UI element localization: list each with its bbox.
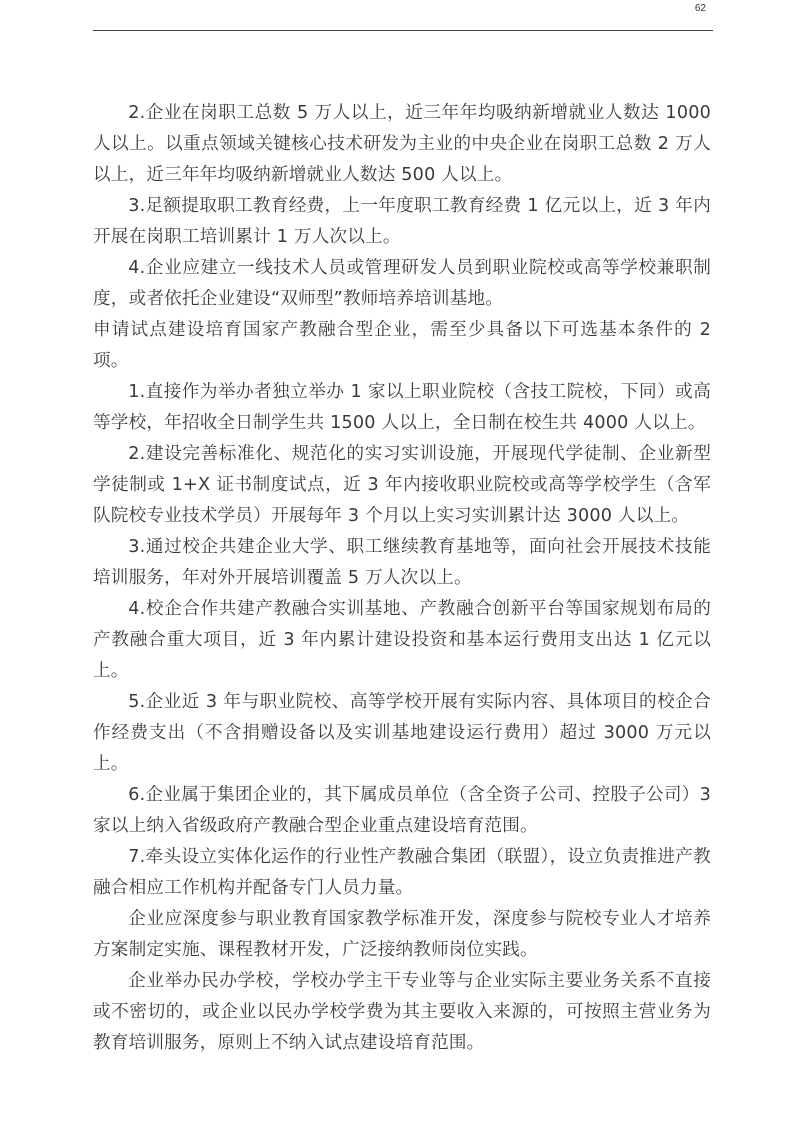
page-number: 62 bbox=[695, 3, 706, 14]
paragraph-optional-6-group-enterprise: 6.企业属于集团企业的，其下属成员单位（含全资子公司、控股子公司）3 家以上纳入… bbox=[93, 780, 711, 842]
paragraph-optional-3-training-services: 3.通过校企共建企业大学、职工继续教育基地等，面向社会开展技术技能培训服务，年对… bbox=[93, 532, 711, 594]
document-body: 2.企业在岗职工总数 5 万人以上，近三年年均吸纳新增就业人数达 1000 人以… bbox=[93, 98, 711, 1059]
paragraph-optional-conditions-intro: 申请试点建设培育国家产教融合型企业，需至少具备以下可选基本条件的 2 项。 bbox=[93, 315, 711, 377]
header-rule bbox=[93, 30, 713, 31]
paragraph-private-school-exclusion: 企业举办民办学校，学校办学主干专业等与企业实际主要业务关系不直接或不密切的，或企… bbox=[93, 966, 711, 1059]
paragraph-requirement-3-education-funds: 3.足额提取职工教育经费，上一年度职工教育经费 1 亿元以上，近 3 年内开展在… bbox=[93, 191, 711, 253]
paragraph-optional-1-run-schools: 1.直接作为举办者独立举办 1 家以上职业院校（含技工院校，下同）或高等学校，年… bbox=[93, 377, 711, 439]
paragraph-requirement-2-employment: 2.企业在岗职工总数 5 万人以上，近三年年均吸纳新增就业人数达 1000 人以… bbox=[93, 98, 711, 191]
paragraph-optional-7-industry-alliance: 7.牵头设立实体化运作的行业性产教融合集团（联盟），设立负责推进产教融合相应工作… bbox=[93, 842, 711, 904]
paragraph-optional-2-internship: 2.建设完善标准化、规范化的实习实训设施，开展现代学徒制、企业新型学徒制或 1+… bbox=[93, 439, 711, 532]
paragraph-optional-5-cooperation-spending: 5.企业近 3 年与职业院校、高等学校开展有实际内容、具体项目的校企合作经费支出… bbox=[93, 687, 711, 780]
paragraph-standards-participation: 企业应深度参与职业教育国家教学标准开发，深度参与院校专业人才培养方案制定实施、课… bbox=[93, 904, 711, 966]
paragraph-optional-4-major-projects: 4.校企合作共建产教融合实训基地、产教融合创新平台等国家规划布局的产教融合重大项… bbox=[93, 594, 711, 687]
paragraph-requirement-4-dual-teacher: 4.企业应建立一线技术人员或管理研发人员到职业院校或高等学校兼职制度，或者依托企… bbox=[93, 253, 711, 315]
